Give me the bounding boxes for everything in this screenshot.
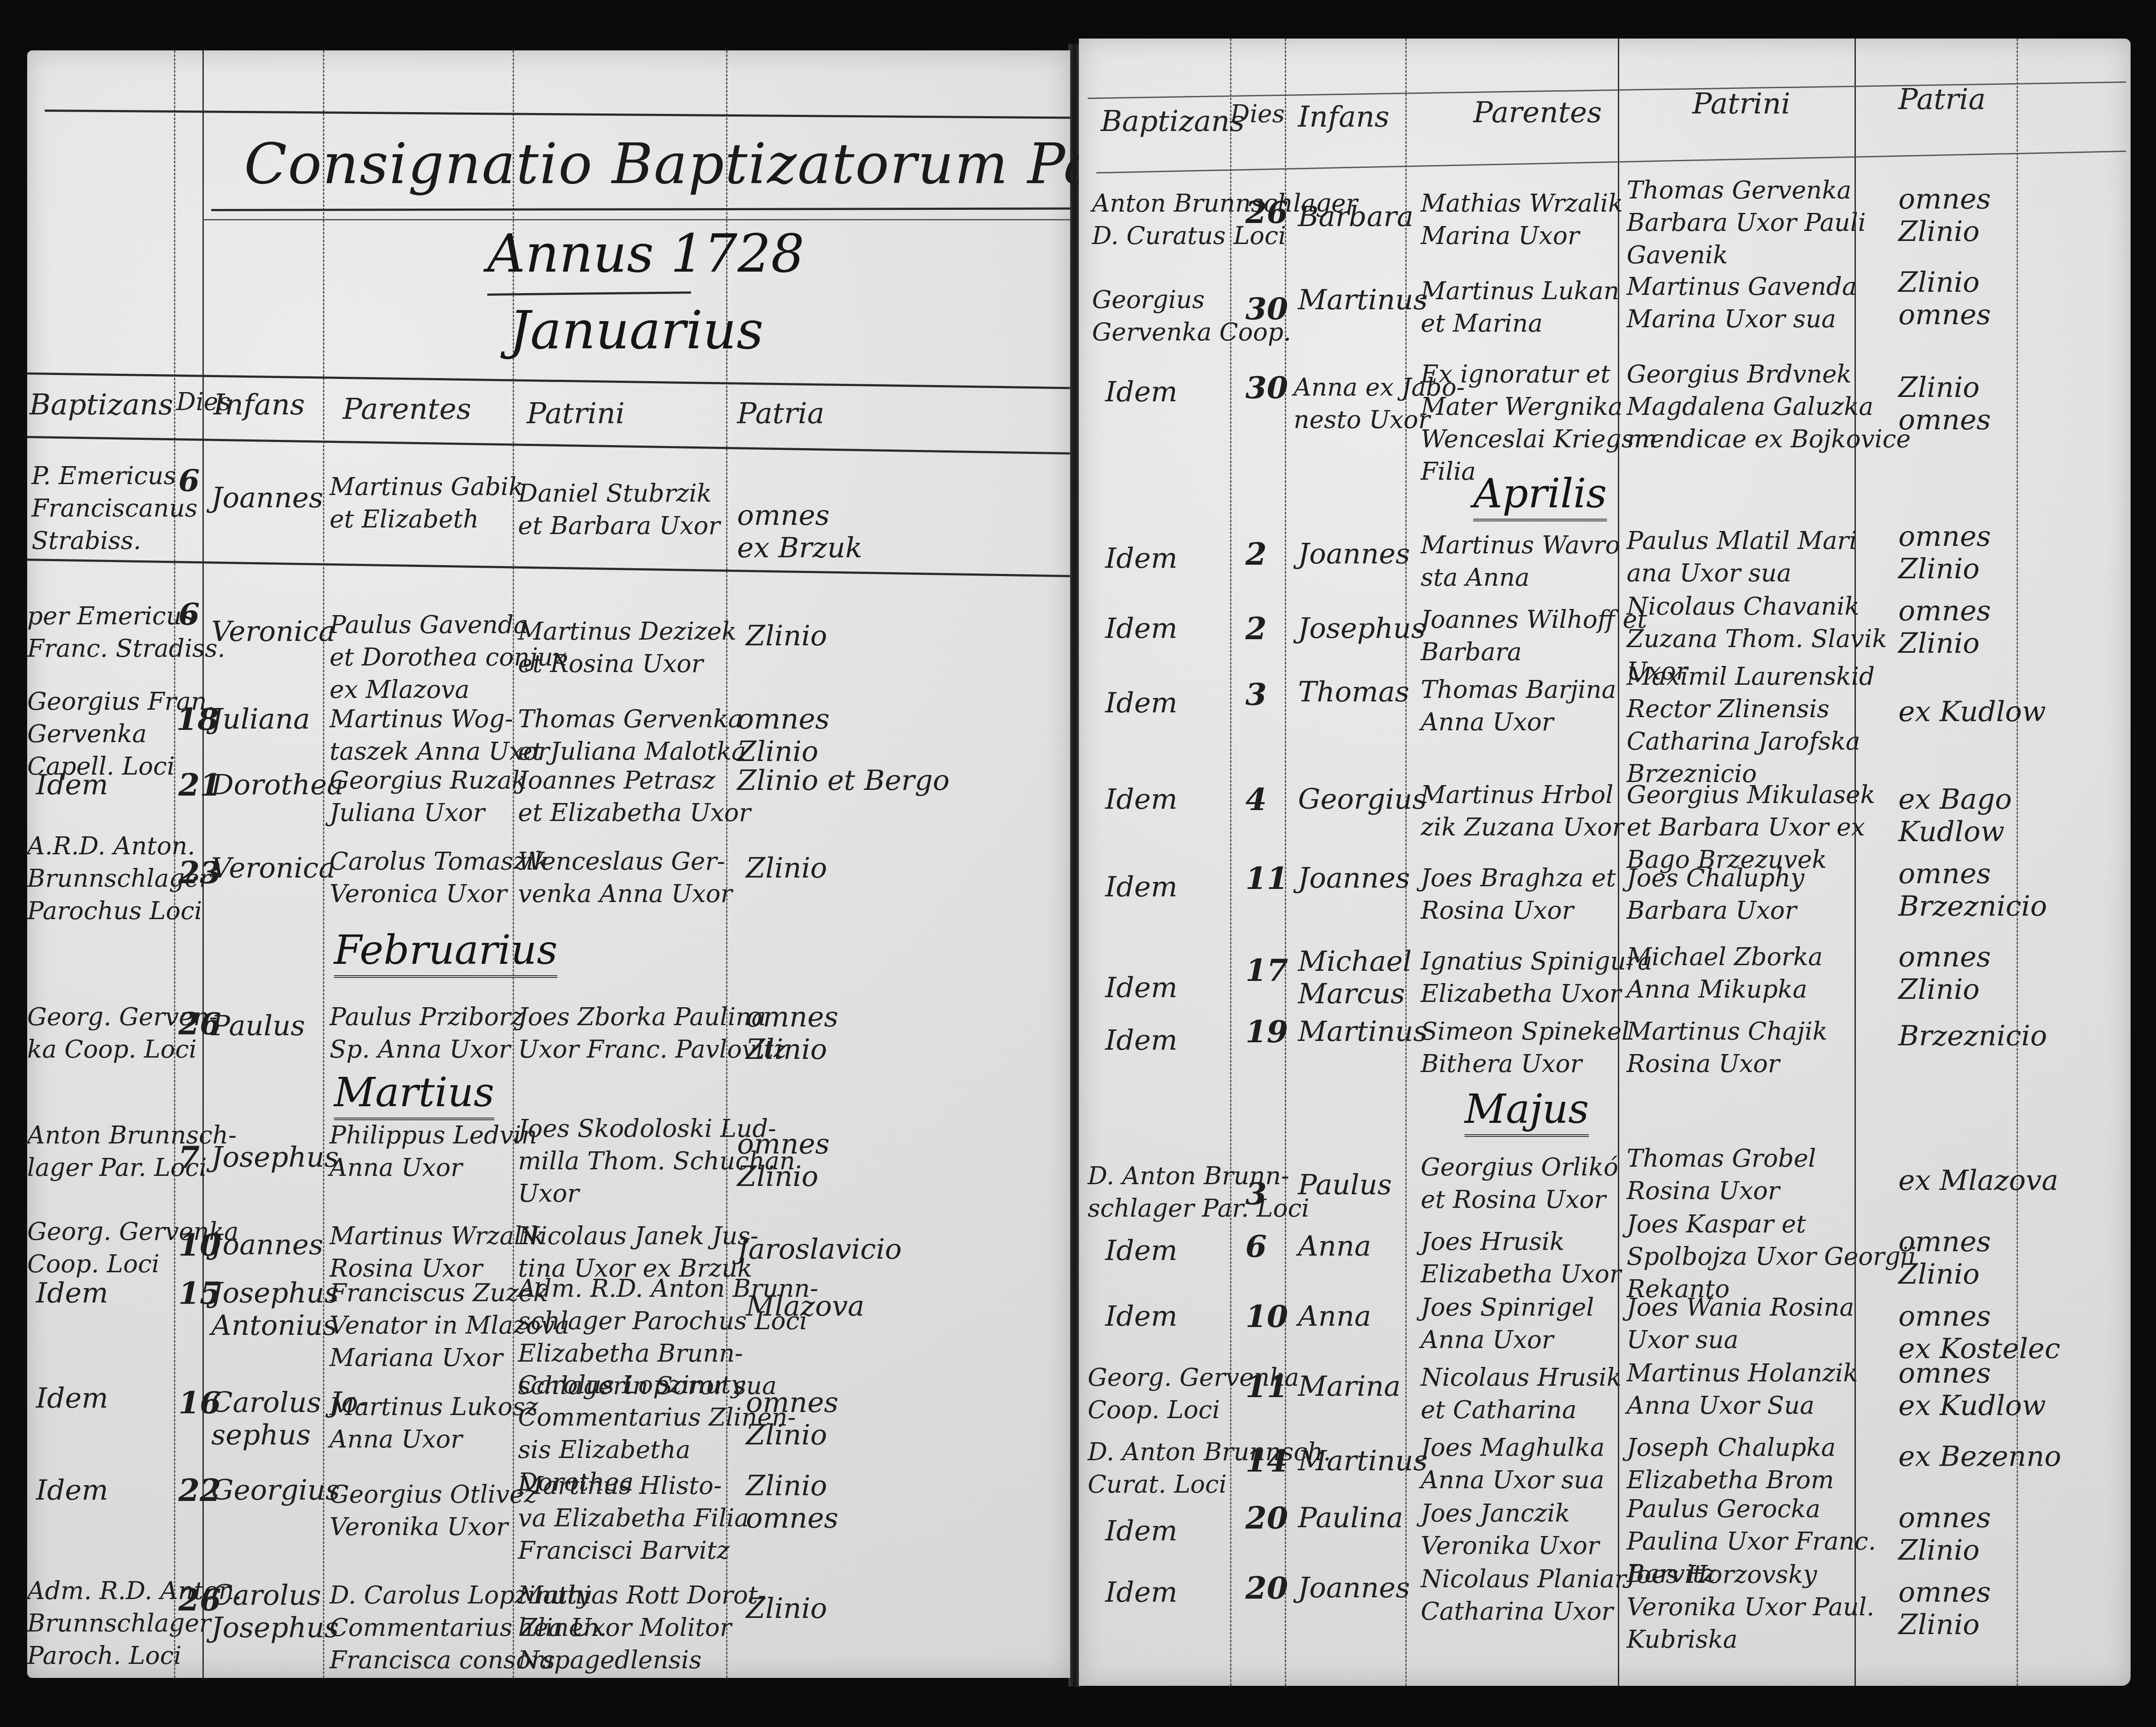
entry-parentes: Joannes Wilhoff et Barbara — [1421, 604, 1647, 669]
entry-patrini: Thomas Gervenka et Juliana Malotka — [518, 703, 746, 768]
entry-patria: ex Kudlow — [1898, 696, 2046, 728]
header-infans: Infans — [1298, 100, 1390, 134]
entry-infans: Joannes — [1298, 1572, 1410, 1604]
entry-patria: omnes Zlinio — [1898, 1226, 1991, 1291]
entry-patria: omnes Zlinio — [737, 1128, 830, 1193]
entry-dies: 2 — [1245, 612, 1267, 645]
entry-baptizans: Idem — [1105, 871, 1177, 903]
entry-infans: Georgius — [1298, 783, 1427, 816]
entry-dies: 3 — [1245, 678, 1267, 711]
entry-baptizans: Idem — [1105, 1576, 1177, 1609]
header-top-rule — [27, 372, 1070, 389]
entry-infans: Josephus — [1298, 612, 1426, 645]
entry-patria: Zlinio — [746, 1593, 827, 1625]
entry-infans: Joannes — [1298, 538, 1410, 570]
entry-baptizans: Idem — [1105, 1235, 1177, 1267]
entry-patrini: Mathias Rott Dorot- hea Uxor Molitor Nap… — [518, 1579, 766, 1677]
entry-infans: Dorothea — [211, 769, 344, 801]
entry-infans: Joannes — [1298, 862, 1410, 895]
entry-dies: 30 — [1245, 293, 1288, 325]
entry-patrini: Martinus Chajik Rosina Uxor — [1627, 1016, 1827, 1080]
entry-patria: omnes Zlinio — [1898, 941, 1991, 1006]
entry-patria: omnes Brzeznicio — [1898, 858, 2047, 923]
entry-parentes: Martinus Lukosz Anna Uxor — [330, 1391, 538, 1456]
entry-patria: ex Bago Kudlow — [1898, 783, 2012, 848]
month-heading-januarius: Januarius — [509, 300, 763, 361]
entry-baptizans: Idem — [36, 1382, 108, 1415]
entry-parentes: Joes Maghulka Anna Uxor sua — [1421, 1432, 1605, 1497]
header-infans: Infans — [213, 388, 305, 421]
entry-infans: Carolus Josephus — [211, 1579, 339, 1644]
entry-parentes: Ex ignoratur et Mater Wergnika Wenceslai… — [1421, 358, 1657, 488]
header-bottom-rule — [1096, 151, 2126, 173]
entry-dies: 6 — [178, 464, 200, 497]
entry-infans: Veronica — [211, 616, 335, 648]
entry-baptizans: Anton Brunnsch- lager Par. Loci — [27, 1119, 237, 1184]
entry-patria: omnes Zlinio — [1898, 183, 1991, 248]
entry-patrini: Joes Wania Rosina Uxor sua — [1627, 1292, 1854, 1356]
header-patrini: Patrini — [527, 396, 625, 430]
entry-patria: omnes ex Kostelec — [1898, 1300, 2060, 1365]
entry-baptizans: D. Anton Brunn- schlager Par. Loci — [1088, 1160, 1309, 1225]
entry-patria: Jaroslavicio — [737, 1233, 902, 1266]
entry-patrini: Joes Kaspar et Spolbojza Uxor Georgii Re… — [1627, 1208, 1916, 1306]
entry-dies: 20 — [1245, 1502, 1288, 1534]
entry-patrini: Martinus Hlisto- va Elizabetha Filia Fra… — [518, 1470, 749, 1567]
header-dies: Dies — [1230, 100, 1285, 128]
entry-dies: 10 — [1245, 1300, 1288, 1333]
entry-patrini: Georgius Mikulasek et Barbara Uxor ex Ba… — [1627, 779, 1875, 876]
entry-parentes: Martinus Wavro sta Anna — [1421, 529, 1620, 594]
entry-baptizans: Idem — [36, 1474, 108, 1507]
entry-infans: Thomas — [1298, 676, 1409, 708]
entry-infans: Anna — [1298, 1230, 1371, 1263]
entry-patrini: Thomas Gervenka Barbara Uxor Pauli Gaven… — [1627, 174, 1866, 272]
entry-patrini: Daniel Stubrzik et Barbara Uxor — [518, 478, 720, 542]
entry-dies: 19 — [1245, 1016, 1288, 1048]
entry-patria: Brzeznicio — [1898, 1020, 2047, 1052]
month-heading-februarius: Februarius — [334, 927, 557, 978]
entry-dies: 11 — [1245, 1370, 1288, 1403]
entry-dies: 20 — [1245, 1572, 1288, 1604]
entry-parentes: Georgius Otlivez Veronika Uxor — [330, 1479, 537, 1543]
entry-parentes: Thomas Barjina Anna Uxor — [1421, 674, 1616, 739]
entry-patrini: Martinus Dezizek et Rosina Uxor — [518, 616, 737, 680]
header-patria: Patria — [1898, 82, 1986, 116]
entry-patrini: Joseph Chalupka Elizabetha Brom — [1627, 1432, 1836, 1497]
entry-baptizans: Idem — [1105, 972, 1177, 1004]
entry-parentes: Simeon Spinekel Bithera Uxor — [1421, 1016, 1629, 1080]
entry-patria: omnes Zlinio — [737, 703, 830, 768]
entry-infans: Joannes — [211, 1229, 323, 1261]
entry-parentes: Martinus Wog- taszek Anna Uxor — [330, 703, 550, 768]
row-rule — [27, 559, 1070, 577]
entry-patrini: Paulus Mlatil Mari ana Uxor sua — [1627, 525, 1857, 590]
entry-patria: omnes Zlinio — [1898, 520, 1991, 585]
entry-parentes: Ignatius Spinigura Elizabetha Uxor — [1421, 945, 1652, 1010]
header-patrini: Patrini — [1692, 87, 1791, 120]
year-heading: Annus 1728 — [487, 223, 805, 284]
entry-patrini: Joannes Petrasz et Elizabetha Uxor — [518, 764, 751, 829]
entry-patria: Zlinio omnes — [746, 1470, 838, 1535]
year-underline — [487, 291, 691, 296]
entry-parentes: Nicolaus Planiar Catharina Uxor — [1421, 1563, 1626, 1628]
entry-patrini: Joes Horzovsky Veronika Uxor Paul. Kubri… — [1627, 1559, 1874, 1656]
entry-patrini: Maximil Laurenskid Rector Zlinensis Cath… — [1627, 661, 1875, 790]
entry-infans: Paulus — [1298, 1169, 1392, 1201]
entry-infans: Josephus Antonius — [211, 1277, 339, 1342]
entry-patrini: Michael Zborka Anna Mikupka — [1627, 941, 1823, 1006]
entry-dies: 2 — [1245, 538, 1267, 570]
entry-dies: 6 — [178, 598, 200, 630]
entry-dies: 6 — [1245, 1230, 1267, 1263]
entry-patria: omnes ex Brzuk — [737, 499, 862, 564]
left-page: Consignatio Baptizatorum Parochiæ Zlinen… — [27, 50, 1070, 1678]
month-heading-majus: Majus — [1465, 1086, 1589, 1137]
entry-dies: 11 — [1245, 862, 1288, 895]
entry-infans: Anna — [1298, 1300, 1371, 1333]
entry-parentes: Mathias Wrzalik Marina Uxor — [1421, 188, 1623, 252]
title-underline — [211, 208, 1070, 211]
entry-patria: omnes Zlinio — [746, 1387, 838, 1451]
entry-infans: Josephus — [211, 1141, 339, 1174]
title-underline — [202, 219, 1070, 220]
entry-baptizans: Idem — [1105, 783, 1177, 816]
entry-dies: 30 — [1245, 372, 1288, 404]
entry-patria: Mlazova — [746, 1290, 865, 1323]
entry-parentes: Paulus Prziborz Sp. Anna Uxor — [330, 1001, 524, 1066]
entry-infans: Joannes — [211, 482, 323, 514]
entry-patrini: Martinus Holanzik Anna Uxor Sua — [1627, 1357, 1858, 1422]
entry-parentes: Martinus Hrbol zik Zuzana Uxor — [1421, 779, 1624, 844]
entry-parentes: Martinus Wrzalik Rosina Uxor — [330, 1220, 545, 1285]
entry-parentes: Joes Braghza et Rosina Uxor — [1421, 862, 1616, 927]
entry-baptizans: Idem — [1105, 1300, 1177, 1333]
entry-parentes: Nicolaus Hrusik et Catharina — [1421, 1362, 1621, 1426]
entry-parentes: Martinus Lukan et Marina — [1421, 275, 1619, 340]
entry-patria: Zlinio — [746, 852, 827, 885]
month-heading-aprilis: Aprilis — [1473, 470, 1607, 521]
entry-patrini: Martinus Gavenda Marina Uxor sua — [1627, 271, 1857, 336]
right-page: Baptizans Dies Infans Parentes Patrini P… — [1079, 39, 2131, 1686]
entry-patria: ex Mlazova — [1898, 1164, 2058, 1197]
header-parentes: Parentes — [343, 392, 471, 426]
entry-patria: omnes Zlinio — [1898, 1502, 1991, 1567]
entry-parentes: Martinus Gabik et Elizabeth — [330, 471, 523, 536]
entry-infans: Martinus — [1298, 1445, 1428, 1477]
entry-infans: Barbara — [1298, 201, 1414, 233]
entry-parentes: Joes Janczik Veronika Uxor — [1421, 1497, 1599, 1562]
header-parentes: Parentes — [1473, 96, 1602, 129]
month-heading-martius: Martius — [334, 1069, 494, 1120]
entry-baptizans: Idem — [1105, 612, 1177, 645]
entry-patrini: Thomas Grobel Rosina Uxor — [1627, 1143, 1816, 1207]
entry-infans: Michael Marcus — [1298, 945, 1412, 1010]
entry-dies: 7 — [178, 1141, 200, 1174]
entry-patria: omnes Zlinio — [1898, 1576, 1991, 1641]
entry-patria: Zlinio omnes — [1898, 372, 1991, 436]
entry-baptizans: D. Anton Brunnsch. Curat. Loci — [1088, 1436, 1331, 1501]
header-patria: Patria — [737, 396, 824, 430]
entry-infans: Juliana — [211, 703, 310, 736]
entry-patria: ex Bezenno — [1898, 1440, 2061, 1473]
entry-infans: Paulus — [211, 1010, 305, 1042]
entry-parentes: Philippus Ledvin Anna Uxor — [330, 1119, 537, 1184]
entry-dies: 4 — [1245, 783, 1267, 816]
entry-baptizans: Idem — [1105, 542, 1177, 575]
title-top-rule — [45, 110, 1070, 119]
header-baptizans: Baptizans — [1101, 104, 1245, 138]
entry-patria: Zlinio et Bergo — [737, 764, 950, 797]
entry-patria: Zlinio omnes — [1898, 266, 1991, 331]
entry-baptizans: Idem — [36, 769, 108, 801]
entry-parentes: Carolus Tomaszik Veronica Uxor — [330, 846, 549, 910]
entry-patria: omnes ex Kudlow — [1898, 1357, 2046, 1422]
entry-dies: 3 — [1245, 1178, 1267, 1210]
entry-infans: Paulina — [1298, 1502, 1403, 1534]
entry-baptizans: Idem — [1105, 687, 1177, 719]
entry-baptizans: Idem — [1105, 1024, 1177, 1057]
entry-dies: 26 — [1245, 196, 1288, 229]
entry-patrini: Joes Chaluphy Barbara Uxor — [1627, 862, 1805, 927]
entry-infans: Georgius — [211, 1474, 340, 1507]
entry-patria: omnes Zlinio — [746, 1001, 838, 1066]
entry-infans: Marina — [1298, 1370, 1401, 1403]
entry-dies: 14 — [1245, 1445, 1288, 1477]
entry-baptizans: Idem — [1105, 1515, 1177, 1547]
entry-parentes: Georgius Orlikó et Rosina Uxor — [1421, 1151, 1618, 1216]
header-bottom-rule — [27, 436, 1070, 454]
header-baptizans: Baptizans — [29, 388, 173, 421]
entry-baptizans: Idem — [1105, 376, 1177, 408]
entry-patrini: Wenceslaus Ger- venka Anna Uxor — [518, 846, 732, 910]
entry-baptizans: Idem — [36, 1277, 108, 1309]
entry-patria: omnes Zlinio — [1898, 595, 1991, 660]
entry-parentes: Joes Spinrigel Anna Uxor — [1421, 1292, 1594, 1356]
entry-patrini: Georgius Brdvnek Magdalena Galuzka mendi… — [1627, 358, 1911, 456]
entry-baptizans: P. Emericus Franciscanus Strabiss. — [32, 460, 198, 557]
entry-parentes: Georgius Ruzak Juliana Uxor — [330, 764, 527, 829]
entry-infans: Martinus — [1298, 1016, 1428, 1048]
entry-infans: Veronica — [211, 852, 335, 885]
entry-dies: 17 — [1245, 954, 1288, 987]
entry-patria: Zlinio — [746, 620, 827, 652]
entry-parentes: Joes Hrusik Elizabetha Uxor — [1421, 1226, 1621, 1291]
entry-infans: Martinus — [1298, 284, 1428, 316]
